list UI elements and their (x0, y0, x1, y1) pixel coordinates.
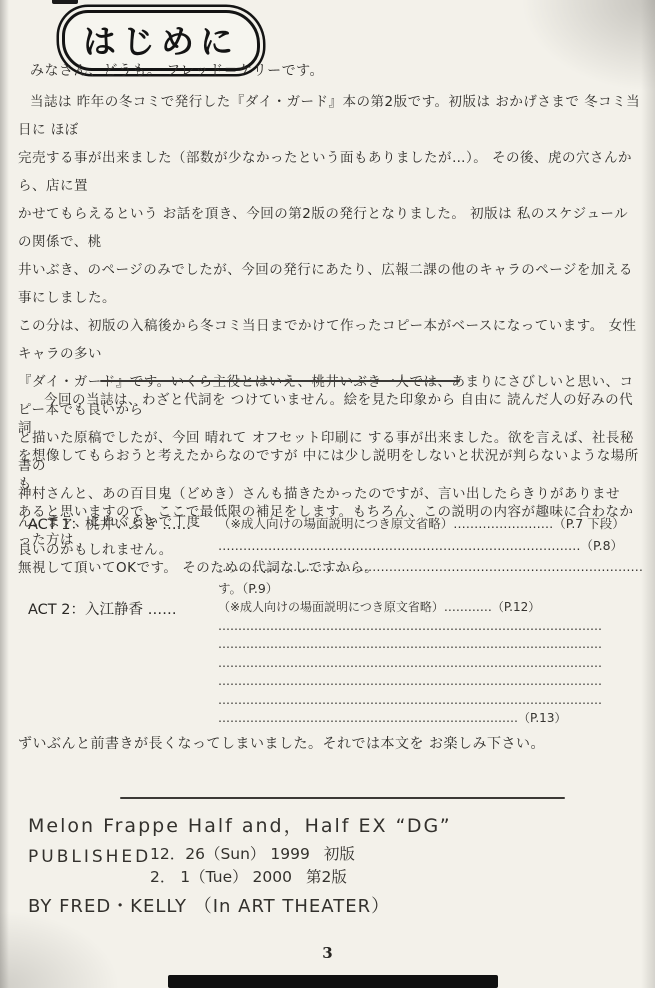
text-line: 当誌は 昨年の冬コミで発行した『ダイ・ガード』本の第2版です。初版は おかげさま… (18, 88, 642, 144)
act1-section: ACT 1：桃井いぶき …… （※成人向けの場面説明につき原文省略）………………… (28, 513, 644, 599)
edition-date: 2． 1（Tue） 2000 (150, 868, 292, 886)
act-line: （※成人向けの場面説明につき原文省略）…………（P.12） (218, 598, 644, 617)
edition-row: 12．26（Sun） 1999初版 (150, 843, 355, 866)
text-line: 完売する事が出来ました（部数が少なかったという面もありましたが…）。 その後、虎… (18, 144, 642, 200)
edition-list: 12．26（Sun） 1999初版 2． 1（Tue） 2000第2版 (150, 843, 355, 889)
act-line: …………………………………………………………………………………… (218, 617, 644, 636)
colophon-divider (120, 797, 565, 799)
text-line: 今回の当誌は、わざと代詞を つけていません。絵を見た印象から 自由に 読んだ人の… (18, 386, 642, 442)
text-line: この分は、初版の入稿後から冬コミ当日までかけて作ったコピー本がベースになっていま… (18, 312, 642, 368)
page-number: 3 (0, 944, 655, 962)
text-line: を想像してもらおうと考えたからなのですが 中には少し説明をしないと状況が判らない… (18, 442, 642, 498)
published-label: PUBLISHED (28, 847, 151, 867)
scan-edge-mark (52, 0, 78, 4)
series-title: Melon Frappe Half and，Half EX “DG” (28, 811, 452, 838)
edition-label: 第2版 (306, 868, 347, 886)
act-line: …………………………………………………………………………………… (218, 691, 644, 710)
act2-label: ACT 2：入江静香 …… (28, 598, 218, 619)
act-line: …………………………………………………………………………………… (218, 672, 644, 691)
scanned-doujinshi-page: はじめに みなさん、どうも。 フレッド＝ケリーです。 当誌は 昨年の冬コミで発行… (0, 0, 655, 988)
act-line: す。（P.9） (218, 578, 644, 600)
act-line: …………………………………………………………………………………… (218, 654, 644, 673)
act-line: …………………………………………………………………………………… (218, 635, 644, 654)
text-line: かせてもらえるという お話を頂き、今回の第2版の発行となりました。 初版は 私の… (18, 200, 642, 256)
byline: BY FRED・KELLY （In ART THEATER） (28, 892, 390, 918)
act2-description: （※成人向けの場面説明につき原文省略）…………（P.12） …………………………… (218, 598, 644, 728)
act-line: ……………………………………………………………………………（P.8） (218, 535, 644, 557)
edition-date: 12．26（Sun） 1999 (150, 845, 310, 863)
act2-section: ACT 2：入江静香 …… （※成人向けの場面説明につき原文省略）…………（P.… (28, 598, 644, 728)
page-title: はじめに (83, 22, 239, 61)
act1-label: ACT 1：桃井いぶき …… (28, 513, 218, 534)
greeting-line: みなさん、どうも。 フレッド＝ケリーです。 (30, 60, 324, 80)
bottom-scan-bar (168, 975, 498, 988)
edition-label: 初版 (324, 845, 355, 863)
closing-line: ずいぶんと前書きが長くなってしまいました。それでは本文を お楽しみ下さい。 (18, 733, 545, 753)
edition-row: 2． 1（Tue） 2000第2版 (150, 866, 355, 889)
act1-description: （※成人向けの場面説明につき原文省略）……………………（P.7 下段） …………… (218, 513, 644, 599)
section-divider (100, 380, 460, 382)
act-line: （※成人向けの場面説明につき原文省略）……………………（P.7 下段） (218, 513, 644, 535)
act-line: …………………………………………………………………（P.13） (218, 709, 644, 728)
text-line: 井いぶき、のページのみでしたが、今回の発行にあたり、広報二課の他のキャラのページ… (18, 256, 642, 312)
act-line: ………………………………………………………………………………………… (218, 556, 644, 578)
